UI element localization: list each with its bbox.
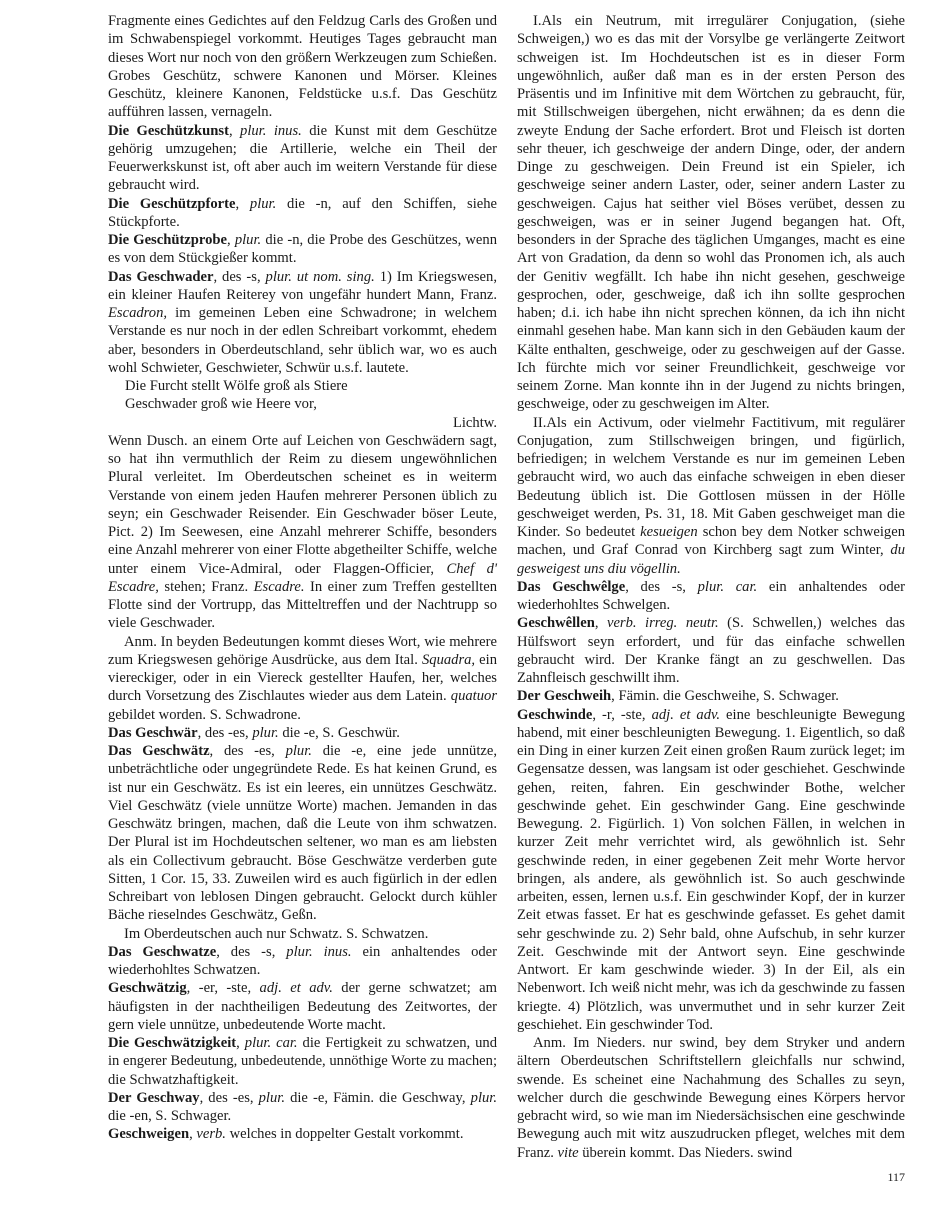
body-text: , des -s, (625, 579, 697, 595)
italic-text: plur. (471, 1090, 497, 1106)
italic-text: Escadron, (108, 305, 167, 321)
body-text: , (236, 1035, 245, 1051)
dictionary-entry: Das Geschwätz, des -es, plur. die -e, ei… (108, 742, 497, 925)
body-text: die -e, eine jede unnütze, unbeträchtlic… (108, 743, 497, 923)
paragraph: Im Oberdeutschen auch nur Schwatz. S. Sc… (108, 925, 497, 943)
italic-text: vite (558, 1145, 579, 1161)
body-text: im gemeinen Leben eine Schwadrone; in we… (108, 305, 497, 376)
headword: Die Geschützpforte (108, 196, 235, 212)
body-text: stehen; Franz. (159, 579, 254, 595)
headword: Geschwêllen (517, 615, 595, 631)
headword: Der Geschway (108, 1090, 200, 1106)
dictionary-entry: Die Geschwätzigkeit, plur. car. die Fert… (108, 1034, 497, 1089)
headword: Das Geschwätz (108, 743, 210, 759)
dictionary-entry: Geschwinde, -r, -ste, adj. et adv. eine … (517, 706, 905, 1035)
dictionary-entry: Geschwêllen, verb. irreg. neutr. (S. Sch… (517, 614, 905, 687)
dictionary-entry: Geschwätzig, -er, -ste, adj. et adv. der… (108, 979, 497, 1034)
body-text: Wenn Dusch. an einem Orte auf Leichen vo… (108, 433, 497, 577)
left-column: Fragmente eines Gedichtes auf den Feldzu… (108, 12, 497, 1144)
italic-text: quatuor (451, 688, 497, 704)
paragraph: Anm. Im Nieders. nur swind, bey dem Stry… (517, 1034, 905, 1162)
headword: Geschweigen (108, 1126, 189, 1142)
body-text: II.Als ein Activum, oder vielmehr Factit… (517, 415, 905, 541)
body-text: , des -es, (210, 743, 286, 759)
headword: Das Geschwader (108, 269, 213, 285)
italic-text: adj. et adv. (652, 707, 720, 723)
paragraph: II.Als ein Activum, oder vielmehr Factit… (517, 414, 905, 578)
quote-attribution: Lichtw. (108, 414, 497, 432)
body-text: , (227, 232, 235, 248)
headword: Die Geschwätzigkeit (108, 1035, 236, 1051)
body-text: Im Oberdeutschen auch nur Schwatz. S. Sc… (124, 926, 428, 942)
body-text: , (229, 123, 240, 139)
dictionary-entry: Das Geschwêlge, des -s, plur. car. ein a… (517, 578, 905, 615)
italic-text: verb. (196, 1126, 226, 1142)
body-text: Anm. Im Nieders. nur swind, bey dem Stry… (517, 1035, 905, 1161)
body-text: I.Als ein Neutrum, mit irregulärer Conju… (517, 13, 905, 412)
headword: Das Geschwär (108, 725, 198, 741)
headword: Geschwätzig (108, 980, 187, 996)
right-column: I.Als ein Neutrum, mit irregulärer Conju… (517, 12, 905, 1162)
italic-text: verb. irreg. neutr. (607, 615, 719, 631)
body-text: welches in doppelter Gestalt vorkommt. (226, 1126, 464, 1142)
paragraph: I.Als ein Neutrum, mit irregulärer Conju… (517, 12, 905, 414)
body-text: , des -s, (213, 269, 265, 285)
verse-line: Geschwader groß wie Heere vor, (108, 395, 497, 413)
body-text: die -en, S. Schwager. (108, 1108, 231, 1124)
dictionary-entry: Der Geschway, des -es, plur. die -e, Fäm… (108, 1089, 497, 1126)
headword: Die Geschützprobe (108, 232, 227, 248)
paragraph: Wenn Dusch. an einem Orte auf Leichen vo… (108, 432, 497, 633)
body-text: die -e, Fämin. die Geschway, (285, 1090, 471, 1106)
headword: Der Geschweih (517, 688, 611, 704)
paragraph: Anm. In beyden Bedeutungen kommt dieses … (108, 633, 497, 724)
headword: Die Geschützkunst (108, 123, 229, 139)
body-text: eine beschleunigte Bewegung habend, mit … (517, 707, 905, 1033)
body-text: , des -s, (216, 944, 286, 960)
body-text: , -r, -ste, (592, 707, 651, 723)
dictionary-entry: Der Geschweih, Fämin. die Geschweihe, S.… (517, 687, 905, 705)
italic-text: plur. (250, 196, 276, 212)
dictionary-entry: Die Geschützpforte, plur. die -n, auf de… (108, 195, 497, 232)
body-text: , (235, 196, 249, 212)
page-number: 117 (880, 1170, 905, 1185)
italic-text: Escadre. (254, 579, 305, 595)
italic-text: plur. car. (698, 579, 758, 595)
dictionary-entry: Das Geschwär, des -es, plur. die -e, S. … (108, 724, 497, 742)
body-text: überein kommt. Das Nieders. swind (579, 1145, 793, 1161)
dictionary-entry: Die Geschützprobe, plur. die -n, die Pro… (108, 231, 497, 268)
body-text: , des -es, (200, 1090, 259, 1106)
body-text: gebildet worden. S. Schwadrone. (108, 707, 301, 723)
paragraph: Fragmente eines Gedichtes auf den Feldzu… (108, 12, 497, 122)
headword: Das Geschwatze (108, 944, 216, 960)
body-text: , -er, -ste, (187, 980, 260, 996)
dictionary-entry: Die Geschützkunst, plur. inus. die Kunst… (108, 122, 497, 195)
headword: Geschwinde (517, 707, 592, 723)
italic-text: plur. (252, 725, 278, 741)
italic-text: adj. et adv. (260, 980, 333, 996)
body-text: , des -es, (198, 725, 253, 741)
italic-text: plur. inus. (240, 123, 302, 139)
dictionary-entry: Das Geschwatze, des -s, plur. inus. ein … (108, 943, 497, 980)
body-text: die -e, S. Geschwür. (279, 725, 400, 741)
italic-text: plur. (259, 1090, 285, 1106)
headword: Das Geschwêlge (517, 579, 625, 595)
italic-text: plur. (235, 232, 261, 248)
italic-text: plur. (286, 743, 312, 759)
verse-line: Die Furcht stellt Wölfe groß als Stiere (108, 377, 497, 395)
italic-text: plur. ut nom. sing. (266, 269, 375, 285)
dictionary-entry: Geschweigen, verb. welches in doppelter … (108, 1125, 497, 1143)
body-text: , Fämin. die Geschweihe, S. Schwager. (611, 688, 839, 704)
dictionary-entry: Das Geschwader, des -s, plur. ut nom. si… (108, 268, 497, 378)
italic-text: plur. car. (245, 1035, 298, 1051)
italic-text: plur. inus. (286, 944, 351, 960)
body-text: Fragmente eines Gedichtes auf den Feldzu… (108, 13, 497, 120)
italic-text: Squadra, (422, 652, 475, 668)
body-text: , (595, 615, 607, 631)
italic-text: kesueigen (640, 524, 698, 540)
